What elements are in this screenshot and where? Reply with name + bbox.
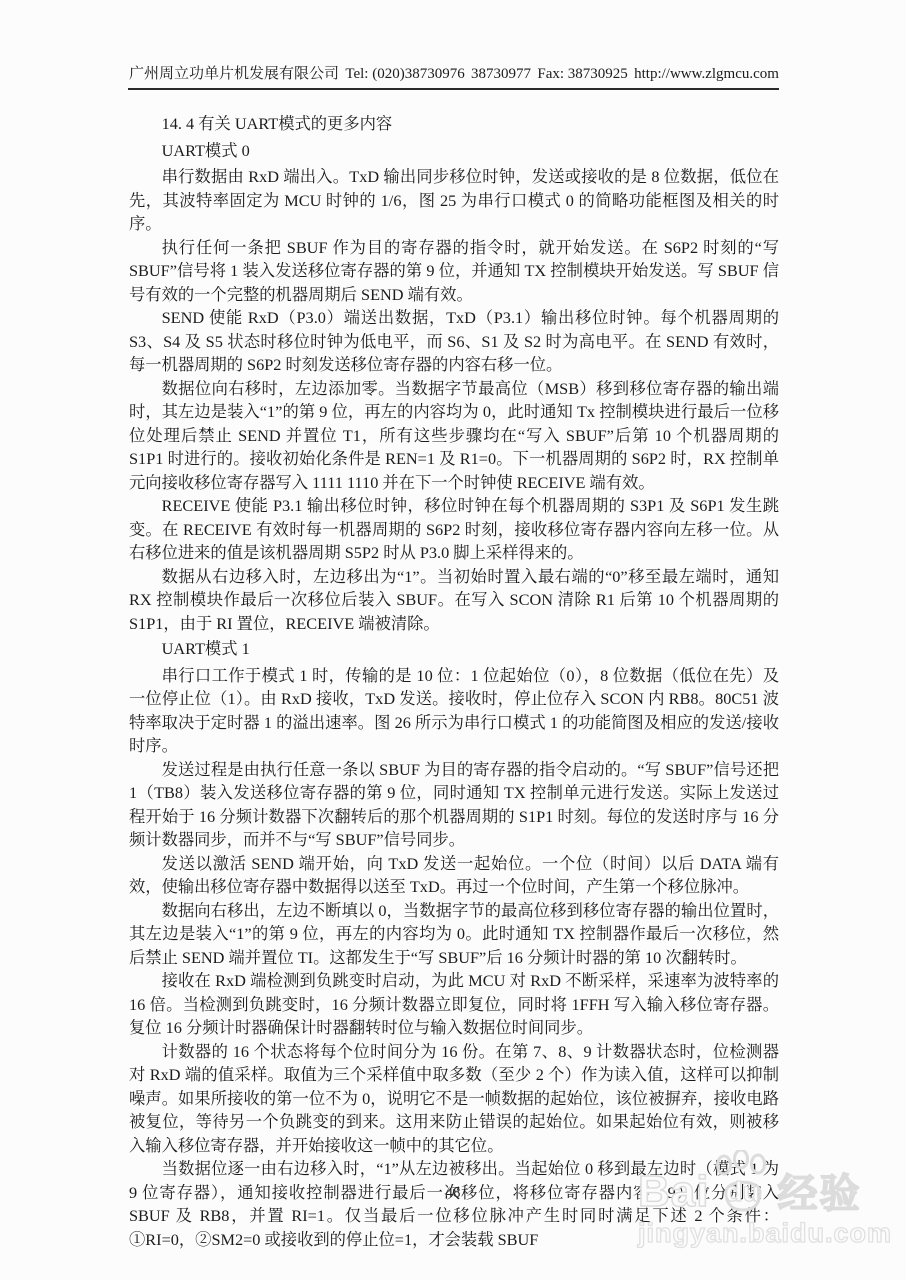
paragraph: 数据向右移出，左边不断填以 0，当数据字节的最高位移到移位寄存器的输出位置时，其… xyxy=(129,899,779,970)
paragraph: 执行任何一条把 SBUF 作为目的寄存器的指令时，就开始发送。在 S6P2 时刻… xyxy=(129,236,779,307)
paragraph: 数据从右边移入时，左边移出为“1”。当初始时置入最右端的“0”移至最左端时，通知… xyxy=(129,565,779,636)
header-divider xyxy=(128,88,779,90)
header-tel: Tel: (020)38730976 xyxy=(345,66,464,83)
watermark-logo: Bai du 经验 xyxy=(638,1150,878,1214)
paragraph: 数据位向右移时，左边添加零。当数据字节最高位（MSB）移到移位寄存器的输出端时，… xyxy=(129,377,779,495)
paragraph: 串行口工作于模式 1 时，传输的是 10 位：1 位起始位（0），8 位数据（低… xyxy=(129,664,779,758)
paragraph: 串行数据由 RxD 端出入。TxD 输出同步移位时钟，发送或接收的是 8 位数据… xyxy=(129,165,779,236)
page-header: 广州周立功单片机发展有限公司 Tel: (020)38730976 387309… xyxy=(129,62,779,83)
watermark-url: jingyan.baidu.com xyxy=(638,1218,878,1249)
paragraph: RECEIVE 使能 P3.1 输出移位时钟，移位时钟在每个机器周期的 S3P1… xyxy=(129,494,779,565)
section-heading: UART模式 1 xyxy=(129,637,779,661)
scanned-document-page: 广州周立功单片机发展有限公司 Tel: (020)38730976 387309… xyxy=(0,0,906,1280)
watermark-du-text: du xyxy=(725,1176,759,1208)
company-name: 广州周立功单片机发展有限公司 xyxy=(129,62,339,83)
section-heading: 14. 4 有关 UART模式的更多内容 xyxy=(129,112,779,136)
paragraph: 计数器的 16 个状态将每个位时间分为 16 份。在第 7、8、9 计数器状态时… xyxy=(129,1040,779,1158)
paragraph: 发送过程是由执行任意一条以 SBUF 为目的寄存器的指令启动的。“写 SBUF”… xyxy=(129,758,779,852)
watermark-jingyan-text: 经验 xyxy=(777,1174,861,1214)
header-tel2: 38730977 xyxy=(471,66,531,83)
document-body: 14. 4 有关 UART模式的更多内容UART模式 0串行数据由 RxD 端出… xyxy=(129,110,779,1251)
section-heading: UART模式 0 xyxy=(129,139,779,163)
baidu-paw-icon: du xyxy=(711,1150,775,1214)
paragraph: SEND 使能 RxD（P3.0）端送出数据，TxD（P3.1）输出移位时钟。每… xyxy=(129,306,779,377)
watermark-bai-text: Bai xyxy=(638,1170,709,1214)
paragraph: 发送以激活 SEND 端开始，向 TxD 发送一起始位。一个位（时间）以后 DA… xyxy=(129,852,779,899)
header-fax: Fax: 38730925 xyxy=(537,66,627,83)
header-url: http://www.zlgmcu.com xyxy=(634,66,779,83)
paragraph: 接收在 RxD 端检测到负跳变时启动，为此 MCU 对 RxD 不断采样，采速率… xyxy=(129,969,779,1040)
baidu-jingyan-watermark: Bai du 经验 jingyan.baidu.com xyxy=(638,1150,878,1249)
